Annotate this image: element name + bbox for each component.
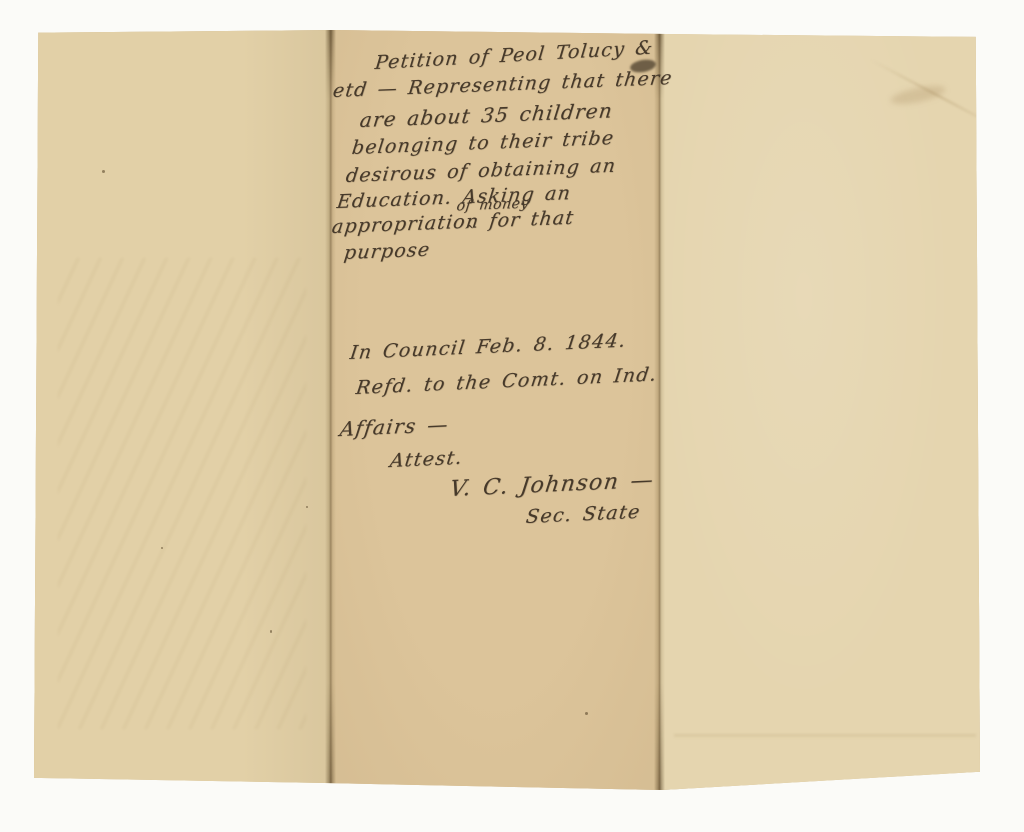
fold-crease-right: [654, 30, 665, 790]
paper-speck: [306, 506, 308, 508]
docket-line: purpose: [343, 239, 432, 264]
insertion-caret: ^: [463, 223, 476, 237]
paper-panel-left: [34, 30, 330, 790]
council-line: Affairs —: [338, 412, 450, 441]
petition-paper: Petition of Peol Tolucy & etd — Represen…: [34, 30, 980, 790]
paper-panel-right: [660, 30, 980, 790]
paper-speck: [585, 712, 588, 715]
paper-speck: [161, 547, 163, 549]
attest-label: Attest.: [389, 447, 465, 472]
document-scan: Petition of Peol Tolucy & etd — Represen…: [0, 0, 1024, 832]
inserted-word: of money: [456, 196, 530, 215]
paper-speck: [270, 630, 272, 633]
fold-crease-left: [325, 30, 336, 790]
paper-speck: [102, 170, 105, 173]
bottom-crease: [674, 734, 976, 738]
